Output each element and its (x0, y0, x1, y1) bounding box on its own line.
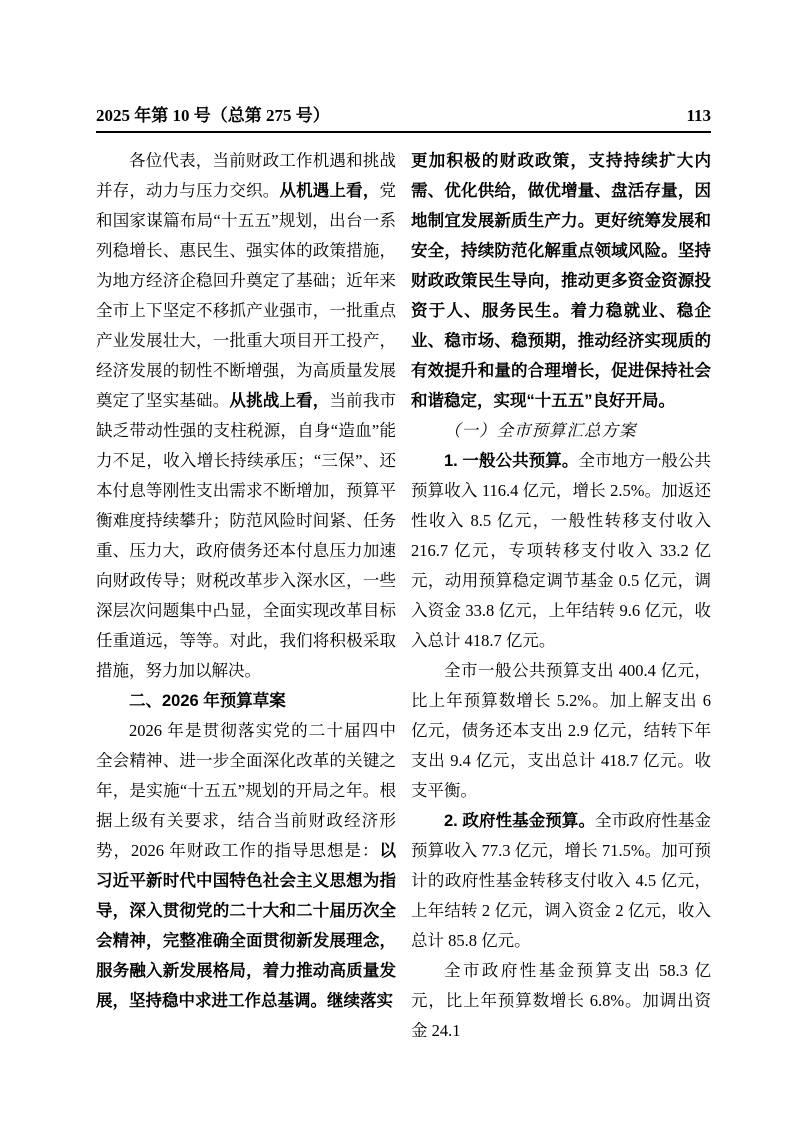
text-run: 二、2026 年预算草案 (129, 692, 286, 710)
text-run: 全市地方一般公共预算收入 116.4 亿元，增长 2.5%。加返还性收入 8.5… (411, 451, 711, 650)
text-run: 当前我市缺乏带动性强的支柱税源，自身“造血”能力不足，收入增长持续承压；“三保”… (96, 391, 396, 680)
heading-subsection-1: （一）全市预算汇总方案 (411, 416, 711, 446)
paragraph-guiding-ideology-continued: 更加积极的财政政策，支持持续扩大内需、优化供给，做优增量、盘活存量，因地制宜发展… (411, 146, 711, 416)
paragraph-government-fund-budget-revenue: 2. 政府性基金预算。全市政府性基金预算收入 77.3 亿元，增长 71.5%。… (411, 806, 711, 956)
paragraph-guiding-ideology: 2026 年是贯彻落实党的二十届四中全会精神、进一步全面深化改革的关键之年，是实… (96, 716, 396, 1016)
text-run: 1. 一般公共预算。 (444, 452, 578, 470)
text-run: 全市政府性基金预算收入 77.3 亿元，增长 71.5%。加可预计的政府性基金转… (411, 811, 711, 950)
left-column: 各位代表，当前财政工作机遇和挑战并存，动力与压力交织。从机遇上看，党和国家谋篇布… (96, 146, 396, 1046)
heading-section-2: 二、2026 年预算草案 (96, 686, 396, 716)
paragraph-opportunities-challenges: 各位代表，当前财政工作机遇和挑战并存，动力与压力交织。从机遇上看，党和国家谋篇布… (96, 146, 396, 686)
text-run: 2. 政府性基金预算。 (444, 812, 595, 830)
text-run: （一）全市预算汇总方案 (444, 421, 637, 440)
text-run: 以习近平新时代中国特色社会主义思想为指导，深入贯彻党的二十大和二十届历次全会精神… (96, 842, 396, 1010)
text-run: 党和国家谋篇布局“十五五”规划，出台一系列稳增长、惠民生、强实体的政策措施，为地… (96, 181, 396, 410)
text-run: 2026 年是贯彻落实党的二十届四中全会精神、进一步全面深化改革的关键之年，是实… (96, 721, 396, 860)
right-column: 更加积极的财政政策，支持持续扩大内需、优化供给，做优增量、盘活存量，因地制宜发展… (411, 146, 711, 1046)
paragraph-general-public-budget-revenue: 1. 一般公共预算。全市地方一般公共预算收入 116.4 亿元，增长 2.5%。… (411, 446, 711, 656)
text-run: 全市政府性基金预算支出 58.3 亿元，比上年预算数增长 6.8%。加调出资金 … (411, 961, 711, 1040)
text-run: 从机遇上看， (279, 182, 379, 200)
page-body: 各位代表，当前财政工作机遇和挑战并存，动力与压力交织。从机遇上看，党和国家谋篇布… (96, 146, 711, 1046)
paragraph-general-public-budget-expenditure: 全市一般公共预算支出 400.4 亿元，比上年预算数增长 5.2%。加上解支出 … (411, 656, 711, 806)
paragraph-government-fund-budget-expenditure: 全市政府性基金预算支出 58.3 亿元，比上年预算数增长 6.8%。加调出资金 … (411, 956, 711, 1046)
running-head: 2025 年第 10 号（总第 275 号） 113 (96, 104, 711, 133)
text-run: 更加积极的财政政策，支持持续扩大内需、优化供给，做优增量、盘活存量，因地制宜发展… (411, 152, 711, 410)
text-run: 全市一般公共预算支出 400.4 亿元，比上年预算数增长 5.2%。加上解支出 … (411, 661, 711, 800)
page-number: 113 (686, 104, 711, 128)
document-page: 2025 年第 10 号（总第 275 号） 113 各位代表，当前财政工作机遇… (0, 0, 794, 1122)
issue-label: 2025 年第 10 号（总第 275 号） (96, 104, 330, 128)
text-run: 从挑战上看， (229, 392, 329, 410)
